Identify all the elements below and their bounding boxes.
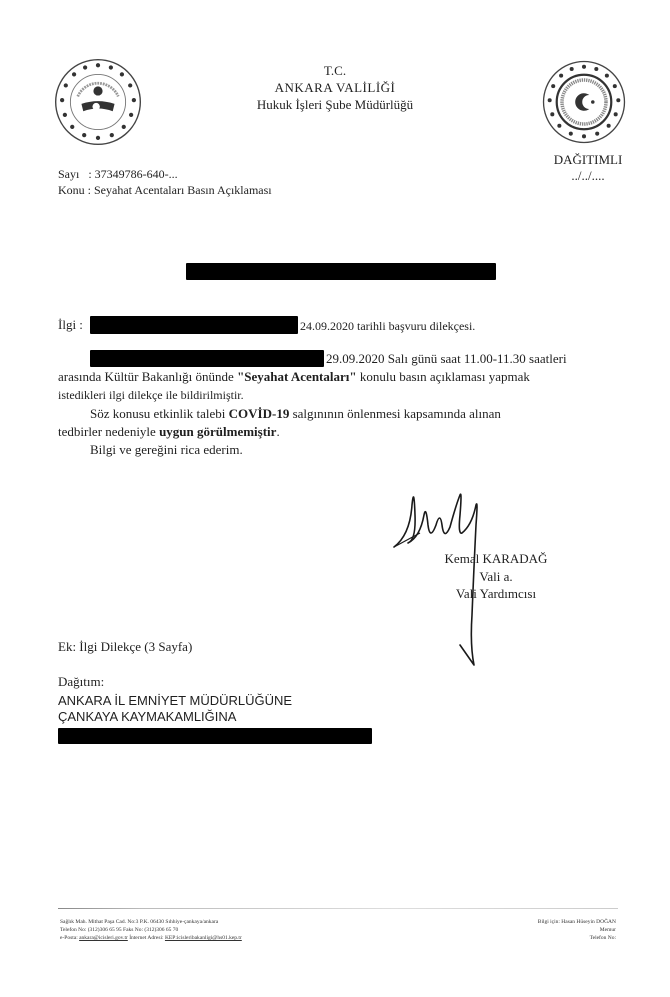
- ilgi-label: İlgi :: [58, 316, 83, 334]
- distribution-type-label: DAĞITIMLI: [548, 152, 628, 168]
- letterhead-tc: T.C.: [200, 62, 470, 79]
- governorship-seal-icon: [52, 56, 144, 148]
- reference-number: Sayı : 37349786-640-...: [58, 167, 178, 182]
- signer-title-1: Vali a.: [426, 568, 566, 585]
- footer-email-link[interactable]: ankara@icisleri.gov.tr: [79, 935, 128, 941]
- signer-title-2: Vali Yardımcısı: [426, 585, 566, 602]
- footer-info-contact: Bilgi için: Hasan Hüseyin DOĞAN Memur Te…: [498, 918, 616, 942]
- paragraph-1-line-2: arasında Kültür Bakanlığı önünde "Seyaha…: [58, 368, 530, 386]
- letterhead: T.C. ANKARA VALİLİĞİ Hukuk İşleri Şube M…: [200, 62, 470, 113]
- ministry-seal-icon: [540, 58, 628, 146]
- subject-line: Konu : Seyahat Acentaları Basın Açıklama…: [58, 183, 272, 198]
- letterhead-department: Hukuk İşleri Şube Müdürlüğü: [200, 96, 470, 113]
- distribution-recipient: ÇANKAYA KAYMAKAMLIĞINA: [58, 709, 292, 725]
- letterhead-governorship: ANKARA VALİLİĞİ: [200, 79, 470, 96]
- distribution-label: Dağıtım:: [58, 673, 104, 691]
- attachment-note: Ek: İlgi Dilekçe (3 Sayfa): [58, 638, 192, 656]
- paragraph-2-line-1: Söz konusu etkinlik talebi COVİD-19 salg…: [90, 405, 501, 423]
- footer-address: Sağlık Mah. Mithat Paşa Cad. No:3 P.K. 0…: [60, 918, 242, 926]
- signer-name: Kemal KARADAĞ: [426, 550, 566, 567]
- paragraph-1-line-1: 29.09.2020 Salı günü saat 11.00-11.30 sa…: [326, 350, 567, 368]
- distribution-recipient: ANKARA İL EMNİYET MÜDÜRLÜĞÜNE: [58, 693, 292, 709]
- redacted-recipient: [58, 728, 372, 744]
- footer-info-role: Memur: [498, 926, 616, 934]
- footer-info-phone: Telefon No:: [498, 934, 616, 942]
- footer-contact: Sağlık Mah. Mithat Paşa Cad. No:3 P.K. 0…: [60, 918, 242, 942]
- distribution-list: ANKARA İL EMNİYET MÜDÜRLÜĞÜNE ÇANKAYA KA…: [58, 693, 292, 725]
- footer-phone: Telefon No: (312)306 65 95 Faks No: (312…: [60, 926, 242, 934]
- ilgi-text: 24.09.2020 tarihli başvuru dilekçesi.: [300, 317, 475, 335]
- paragraph-1-line-3: istedikleri ilgi dilekçe ile bildirilmiş…: [58, 386, 244, 404]
- footer-divider: [58, 908, 618, 909]
- footer-email-line: e-Posta: ankara@icisleri.gov.tr İnternet…: [60, 934, 242, 942]
- footer-info-person: Bilgi için: Hasan Hüseyin DOĞAN: [498, 918, 616, 926]
- redacted-addressee: [186, 263, 496, 280]
- redacted-applicant: [90, 350, 324, 367]
- footer-kep-link[interactable]: KEP:icisleribakanligi@hs01.kep.tr: [165, 935, 242, 941]
- paragraph-3: Bilgi ve gereğini rica ederim.: [90, 441, 243, 459]
- document-date: ../../....: [548, 168, 628, 184]
- redacted-ilgi-party: [90, 316, 298, 334]
- paragraph-2-line-2: tedbirler nedeniyle uygun görülmemiştir.: [58, 423, 280, 441]
